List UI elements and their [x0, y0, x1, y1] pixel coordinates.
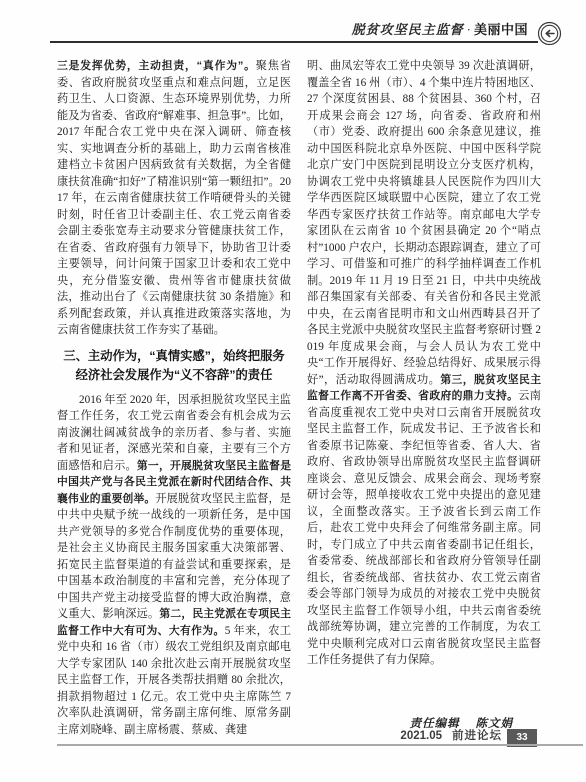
paragraph-text: 明、曲凤宏等农工党中央领导 39 次赴滇调研，覆盖全省 16 州（市）、4 个集… — [307, 60, 541, 386]
footer-issue: 2021.05 — [400, 730, 442, 742]
paragraph: 2016 年至 2020 年，因承担脱贫攻坚民主监督工作任务，农工党云南省委会有… — [57, 392, 291, 739]
right-column: 明、曲凤宏等农工党中央领导 39 次赴滇调研，覆盖全省 16 州（市）、4 个集… — [307, 58, 541, 738]
footer-issue-line: 2021.05前进论坛 — [400, 727, 502, 743]
page-header: 脱贫攻坚民主监督·美丽中国 — [352, 22, 528, 38]
header-rule — [50, 41, 538, 43]
header-section-label: 脱贫攻坚民主监督 — [352, 22, 464, 37]
paragraph-continued: 明、曲凤宏等农工党中央领导 39 次赴滇调研，覆盖全省 16 州（市）、4 个集… — [307, 58, 541, 669]
paragraph-text: 聚焦省委、省政府脱贫攻坚重点和难点问题，立足医药卫生、人口资源、生态环境界别优势… — [57, 60, 291, 336]
paragraph-text: 5 年来，农工党中央和 16 省（市）级农工党组织及南京邮电大学专家团队 140… — [57, 625, 291, 736]
footer-journal-name: 前进论坛 — [452, 730, 502, 742]
footer-rule — [57, 744, 583, 746]
section-heading-line2: 经济社会发展作为“义不容辞”的责任 — [57, 366, 291, 385]
paragraph-text: 开展脱贫攻坚民主监督，是中共中央赋予统一战线的一项新任务，是中国共产党领导的多党… — [57, 493, 291, 621]
paragraph-continued: 三是发挥优势，主动担责，“真作为”。聚焦省委、省政府脱贫攻坚重点和难点问题，立足… — [57, 58, 291, 339]
paragraph-text: 云南省高度重视农工党中央对口云南省开展脱贫攻坚民主监督工作，阮成发书记、王予波省… — [307, 390, 541, 666]
header-topic-label: 美丽中国 — [474, 22, 528, 37]
bold-lead-item3: 三是发挥优势，主动担责，“真作为”。 — [57, 60, 256, 72]
article-body: 三是发挥优势，主动担责，“真作为”。聚焦省委、省政府脱贫攻坚重点和难点问题，立足… — [57, 58, 541, 738]
header-separator: · — [467, 22, 471, 37]
section-heading: 三、主动作为，“真情实感”，始终把服务 经济社会发展作为“义不容辞”的责任 — [57, 347, 291, 385]
section-heading-line1: 三、主动作为，“真情实感”，始终把服务 — [57, 347, 291, 366]
left-column: 三是发挥优势，主动担责，“真作为”。聚焦省委、省政府脱贫攻坚重点和难点问题，立足… — [57, 58, 291, 738]
journal-page: 脱贫攻坚民主监督·美丽中国 三是发挥优势，主动担责，“真作为”。聚焦省委、省政府… — [0, 0, 586, 782]
circled-left-arrow-icon — [537, 21, 562, 46]
